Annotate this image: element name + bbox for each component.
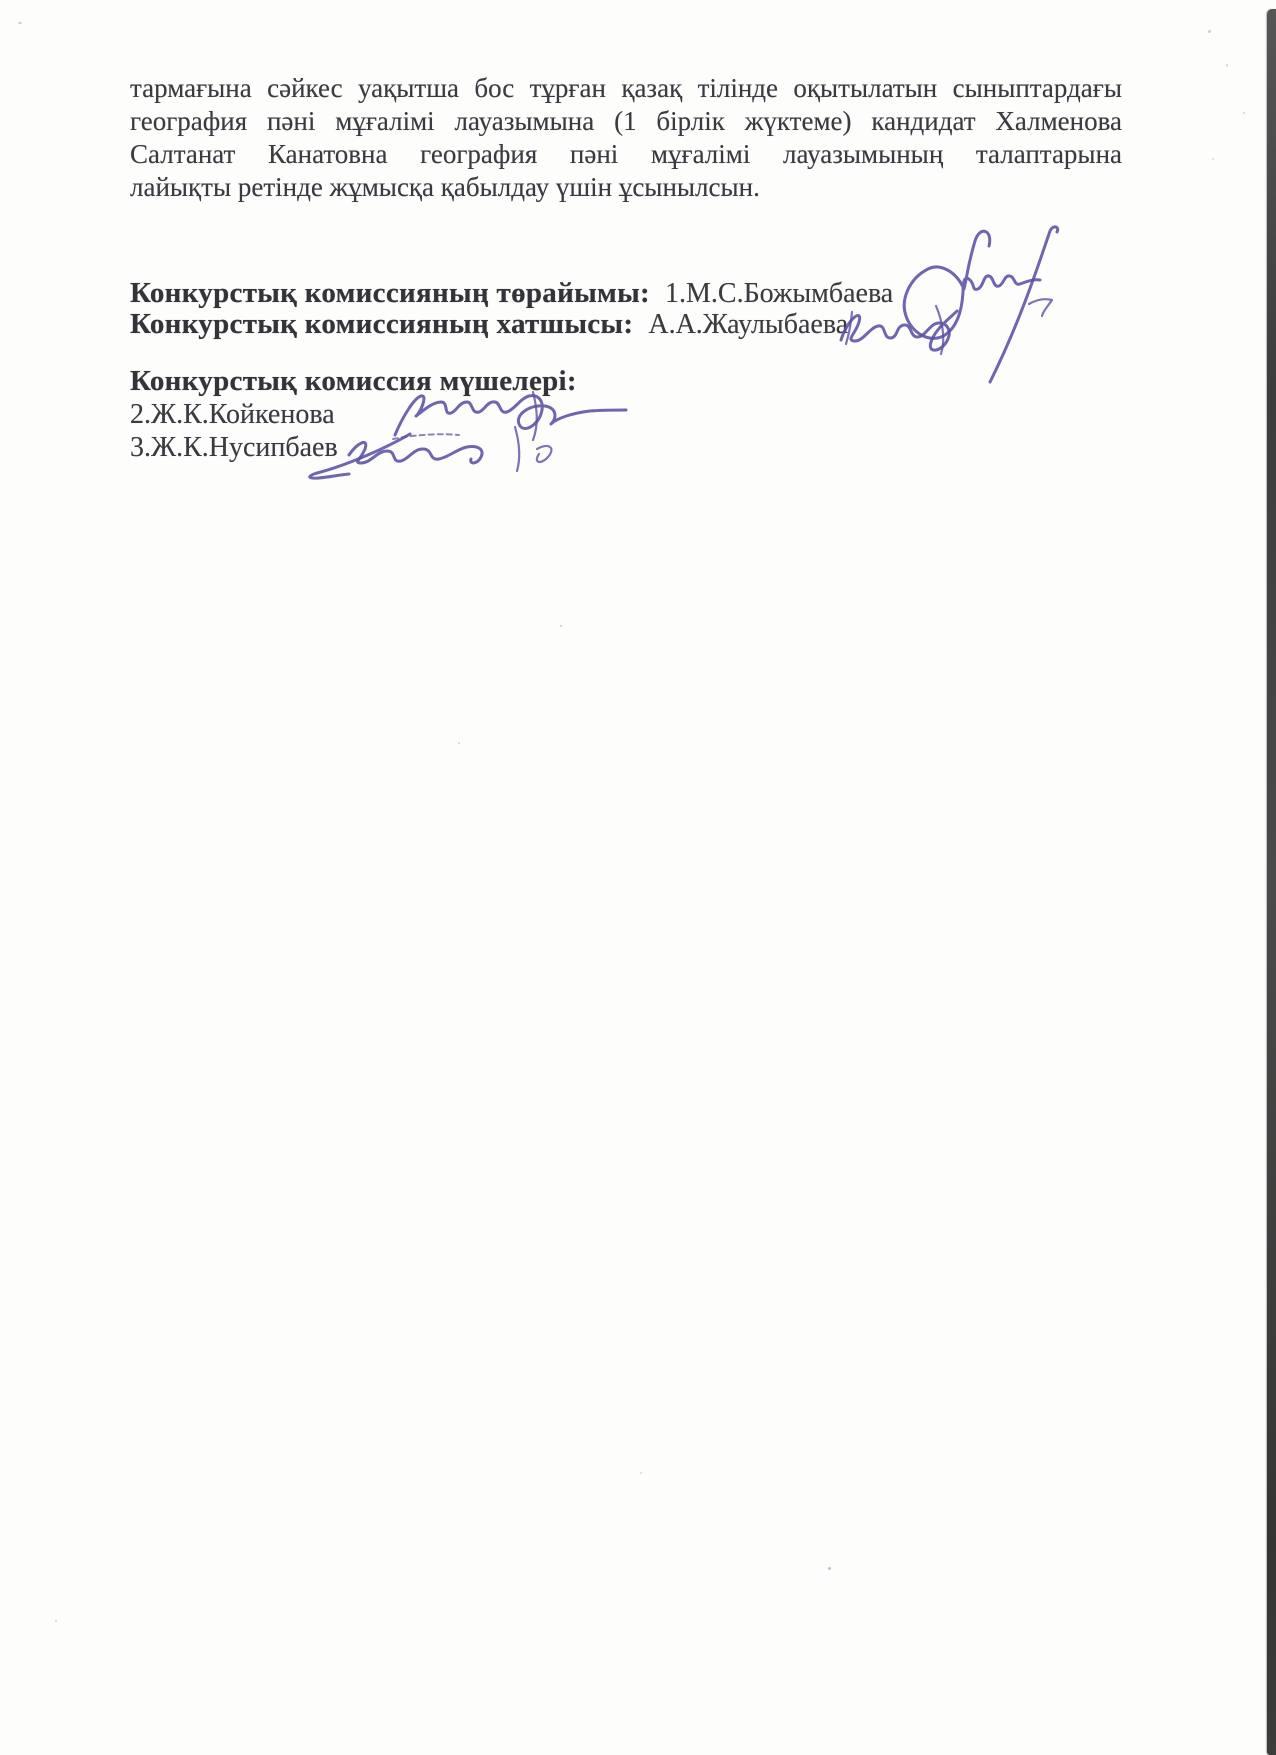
chair-row: Конкурстық комиссияның төрайымы: 1.М.С.Б… — [130, 277, 893, 310]
scan-speck — [640, 1472, 642, 1474]
scan-speck — [458, 742, 460, 744]
scan-speck — [55, 1620, 57, 1622]
secretary-label: Конкурстық комиссияның хатшысы: — [130, 308, 633, 340]
scan-speck — [1212, 158, 1214, 160]
paragraph-line: лайықты ретінде жұмысқа қабылдау үшін ұс… — [130, 171, 1122, 204]
scan-speck — [1243, 112, 1245, 114]
scan-speck — [828, 1567, 831, 1570]
signature-member-nusipbaev — [293, 421, 561, 485]
scan-speck — [560, 625, 562, 627]
scanner-edge-artifact — [1267, 9, 1276, 1755]
paragraph-line: тармағына сәйкес уақытша бос тұрған қаза… — [130, 72, 1122, 105]
paragraph-line: Салтанат Канатовна география пәні мұғалі… — [130, 138, 1122, 171]
signature-secretary — [836, 296, 981, 364]
scanned-document-page: тармағына сәйкес уақытша бос тұрған қаза… — [0, 0, 1276, 1755]
scan-speck — [1208, 30, 1211, 33]
scan-speck — [18, 22, 22, 24]
paragraph-line: география пәні мұғалімі лауазымына (1 бі… — [130, 105, 1122, 138]
chair-label: Конкурстық комиссияның төрайымы: — [130, 277, 650, 309]
body-paragraph: тармағына сәйкес уақытша бос тұрған қаза… — [130, 72, 1122, 204]
secretary-row: Конкурстық комиссияның хатшысы: А.А.Жаул… — [130, 308, 848, 341]
scan-speck — [1226, 64, 1228, 67]
secretary-name: А.А.Жаулыбаева — [648, 309, 848, 340]
